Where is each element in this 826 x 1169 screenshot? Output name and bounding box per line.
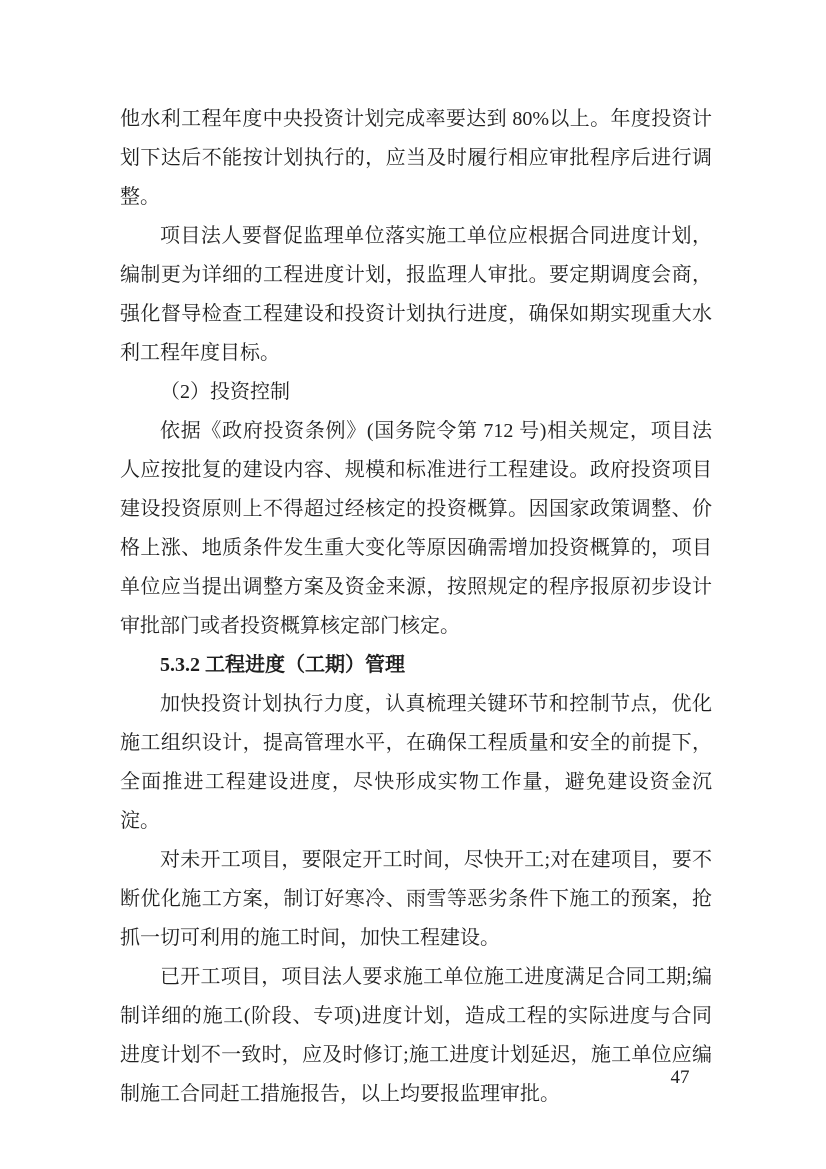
page-content: 他水利工程年度中央投资计划完成率要达到 80%以上。年度投资计划下达后不能按计划…	[120, 100, 712, 1114]
list-subheading: （2）投资控制	[120, 373, 712, 412]
paragraph: 对未开工项目，要限定开工时间，尽快开工;对在建项目，要不断优化施工方案，制订好寒…	[120, 841, 712, 958]
paragraph: 加快投资计划执行力度，认真梳理关键环节和控制节点，优化施工组织设计，提高管理水平…	[120, 685, 712, 841]
document-page: 他水利工程年度中央投资计划完成率要达到 80%以上。年度投资计划下达后不能按计划…	[0, 0, 826, 1169]
paragraph: 项目法人要督促监理单位落实施工单位应根据合同进度计划，编制更为详细的工程进度计划…	[120, 217, 712, 373]
paragraph-continued: 他水利工程年度中央投资计划完成率要达到 80%以上。年度投资计划下达后不能按计划…	[120, 100, 712, 217]
section-heading: 5.3.2 工程进度（工期）管理	[120, 646, 712, 685]
page-number: 47	[660, 1066, 700, 1090]
paragraph: 依据《政府投资条例》(国务院令第 712 号)相关规定，项目法人应按批复的建设内…	[120, 412, 712, 646]
paragraph: 已开工项目，项目法人要求施工单位施工进度满足合同工期;编制详细的施工(阶段、专项…	[120, 958, 712, 1114]
